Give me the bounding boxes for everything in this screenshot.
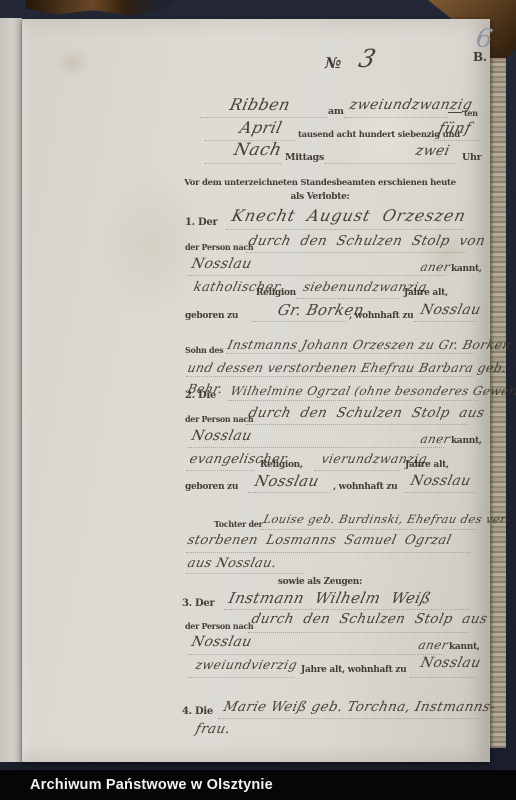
intro-line-2: als Verlobte:	[160, 192, 480, 202]
dotted-rule	[410, 677, 476, 678]
entry3-index: 3. Der	[182, 598, 214, 609]
dotted-rule	[218, 718, 478, 719]
printed-day-suffix: ten	[464, 108, 478, 118]
witness-intro: sowie als Zeugen:	[160, 577, 480, 587]
entry1-parentage-2: und dessen verstorbenen Ehefrau Barbara …	[186, 360, 509, 375]
entry3-recognition-place: Nosslau	[190, 634, 253, 650]
entry1-religion-label: Religion	[256, 288, 296, 298]
dotted-rule	[228, 400, 478, 401]
entry1-residence: Nosslau	[419, 302, 482, 318]
printed-am: am	[328, 106, 344, 117]
handwritten-month: April	[238, 118, 284, 137]
dotted-rule	[314, 470, 400, 471]
entry2-religion-label: Religion,	[260, 460, 303, 470]
dotted-rule	[414, 321, 476, 322]
dotted-rule	[325, 163, 455, 164]
dotted-rule	[186, 573, 304, 574]
dotted-rule	[246, 424, 468, 425]
entry2-born-label: geboren zu	[185, 482, 238, 492]
dotted-rule	[226, 229, 464, 230]
entry1-parentage-label: Sohn des	[185, 345, 223, 355]
archive-name: Archiwum Państwowe w Olsztynie	[30, 777, 273, 793]
entry1-name: Knecht August Orzeszen	[230, 206, 468, 225]
entry3-recognition: durch den Schulzen Stolp aus	[250, 611, 489, 627]
entry2-index: 2. Die	[185, 390, 216, 401]
archive-watermark-bar: Archiwum Państwowe w Olsztynie	[0, 770, 516, 800]
entry1-age-label: Jahre alt,	[404, 288, 448, 298]
dotted-rule	[205, 163, 281, 164]
entry2-residence: Nosslau	[409, 473, 472, 489]
dotted-rule	[433, 140, 479, 141]
entry3-residence: Nosslau	[419, 655, 482, 671]
entry1-recognition-place: Nosslau	[190, 256, 253, 272]
entry1-aner: aner	[419, 260, 452, 274]
entry3-name: Instmann Wilhelm Weiß	[227, 589, 433, 607]
entry1-person-nach: der Person nach	[185, 242, 253, 252]
printed-year-words: tausend acht hundert siebenzig und	[298, 130, 460, 140]
entry1-kannt: kannt,	[451, 264, 482, 274]
dotted-rule	[186, 552, 470, 553]
record-number-sign: №	[325, 54, 341, 72]
intro-line-1: Vor dem unterzeichneten Standesbeamten e…	[160, 178, 480, 188]
scanned-register-photo: 6 B. № 3 Ribben am zweiundzwanzig ten Ap…	[0, 0, 516, 800]
dotted-rule	[252, 321, 346, 322]
entry2-age-label: Jahre alt,	[405, 460, 449, 470]
entry3-person-nach: der Person nach	[185, 621, 253, 631]
dotted-rule	[186, 376, 474, 377]
handwritten-place: Ribben	[228, 95, 292, 114]
entry1-born-label: geboren zu	[185, 311, 238, 321]
entry2-kannt: kannt,	[451, 436, 482, 446]
entry2-person-nach: der Person nach	[185, 414, 253, 424]
entry2-name: Wilhelmine Ogrzal (ohne besonderes Gewer…	[229, 384, 516, 398]
entry2-recognition: durch den Schulzen Stolp aus	[247, 405, 486, 421]
entry2-parentage-2: storbenen Losmanns Samuel Ogrzal	[186, 533, 453, 548]
dotted-rule	[188, 654, 442, 655]
entry2-residence-label: , wohnhaft zu	[333, 482, 397, 492]
dotted-rule	[248, 492, 330, 493]
entry3-kannt: kannt,	[449, 642, 480, 652]
handwritten-daytime: Nach	[232, 140, 284, 160]
entry2-recognition-place: Nosslau	[190, 428, 253, 444]
page-stack-edge	[490, 58, 506, 748]
entry3-age-value: zweiundvierzig	[194, 657, 299, 672]
printed-uhr: Uhr	[462, 152, 481, 163]
book-spine-fragment-top-left	[26, 0, 176, 17]
handwritten-year: fünf	[437, 119, 473, 137]
entry4-index: 4. Die	[182, 706, 213, 717]
dotted-rule	[404, 492, 476, 493]
series-letter: B.	[473, 50, 487, 64]
entry1-recognition: durch den Schulzen Stolp von	[247, 233, 487, 249]
dotted-rule	[246, 252, 466, 253]
entry3-age-label: Jahre alt, wohnhaft zu	[301, 665, 406, 675]
dotted-rule	[344, 117, 448, 118]
dotted-rule	[248, 632, 468, 633]
handwritten-hour: zwei	[414, 143, 451, 159]
entry1-index: 1. Der	[185, 217, 217, 228]
printed-mittags: Mittags	[285, 152, 324, 163]
dotted-rule	[260, 529, 476, 530]
entry2-parentage-1: Louise geb. Burdinski, Ehefrau des ver-	[262, 512, 512, 526]
dotted-rule	[296, 298, 400, 299]
entry4-name: Marie Weiß geb. Torchna, Instmanns-	[222, 699, 497, 715]
adjacent-page-edge	[0, 18, 22, 762]
entry4-name-continued: frau.	[194, 721, 232, 737]
entry1-parentage-1: Instmanns Johann Orzeszen zu Gr. Borken	[226, 337, 513, 352]
entry2-aner: aner	[419, 432, 452, 446]
dotted-rule	[188, 275, 444, 276]
dotted-rule	[226, 353, 474, 354]
entry2-parentage-3: aus Nosslau.	[186, 556, 278, 571]
entry2-birthplace: Nosslau	[253, 472, 321, 490]
dotted-rule	[186, 470, 254, 471]
dotted-rule	[188, 677, 294, 678]
entry2-parentage-label: Tochter der	[214, 519, 262, 529]
dotted-rule	[224, 609, 470, 610]
entry1-residence-label: , wohnhaft zu	[349, 311, 413, 321]
entry3-aner: aner	[417, 638, 450, 652]
handwritten-day: zweiundzwanzig	[348, 97, 474, 113]
dotted-rule	[188, 447, 444, 448]
